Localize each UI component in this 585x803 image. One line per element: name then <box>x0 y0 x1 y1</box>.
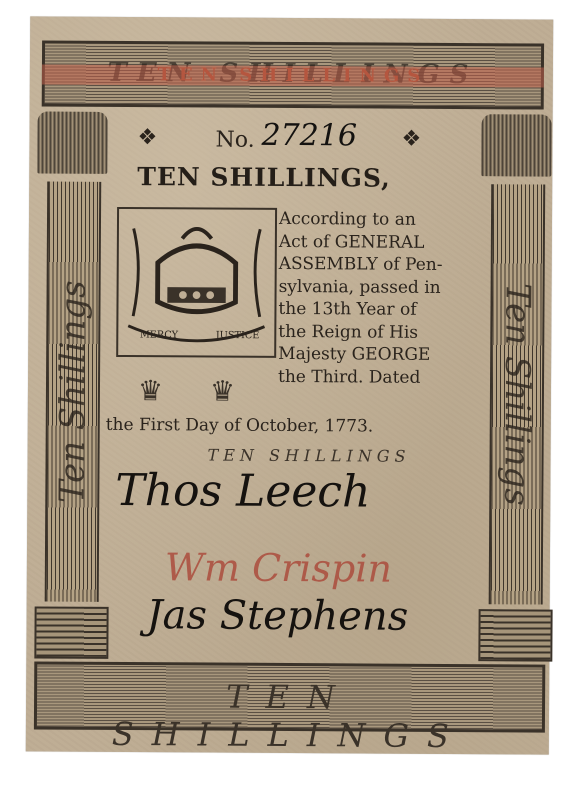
bottom-band-text: TEN SHILLINGS <box>37 676 542 755</box>
crown-icon: ♛ <box>138 374 163 407</box>
rosette-icon: ❖ <box>137 125 157 150</box>
column-capital <box>37 111 107 173</box>
body-line: the 13th Year of <box>278 298 496 322</box>
authorization-text: According to an Act of GENERAL ASSEMBLY … <box>278 208 497 389</box>
body-line: According to an <box>279 208 497 232</box>
coat-of-arms: MERCY JUSTICE <box>116 207 277 358</box>
signature-stephens: Jas Stephens <box>146 592 408 640</box>
body-line: the Third. Dated <box>278 365 496 389</box>
currency-note: TEN SHILLINGS TEN SHILLINGS Ten Shilling… <box>26 16 553 754</box>
red-overprint: TEN SHILLINGS <box>42 64 544 87</box>
denomination-title: TEN SHILLINGS, <box>137 162 391 193</box>
column-base <box>34 606 108 658</box>
body-line: Majesty GEORGE <box>278 343 496 367</box>
serial-number: 27216 <box>261 118 357 154</box>
column-base <box>478 609 552 661</box>
body-line: sylvania, passed in <box>279 275 497 299</box>
column-capital <box>481 114 551 176</box>
right-column-text: Ten Shillings <box>496 283 537 506</box>
svg-text:JUSTICE: JUSTICE <box>215 330 260 341</box>
bottom-border-band: TEN SHILLINGS <box>34 661 545 732</box>
column-shaft: Ten Shillings <box>45 182 102 602</box>
crown-icon: ♛ <box>210 375 235 408</box>
coat-of-arms-icon: MERCY JUSTICE <box>118 209 275 356</box>
svg-text:MERCY: MERCY <box>140 330 179 341</box>
dated-line: the First Day of October, 1773. <box>106 415 374 437</box>
rosette-icon: ❖ <box>401 127 421 152</box>
left-column-text: Ten Shillings <box>52 280 93 503</box>
signature-crispin: Wm Crispin <box>165 545 392 590</box>
body-line: Act of GENERAL <box>279 230 497 254</box>
left-column: Ten Shillings <box>34 111 107 656</box>
small-denomination: TEN SHILLINGS <box>208 446 411 466</box>
body-line: ASSEMBLY of Pen- <box>279 253 497 277</box>
column-shaft: Ten Shillings <box>489 184 546 604</box>
body-line: the Reign of His <box>278 320 496 344</box>
signature-leech: Thos Leech <box>115 465 370 518</box>
serial-label: No. <box>215 128 254 153</box>
